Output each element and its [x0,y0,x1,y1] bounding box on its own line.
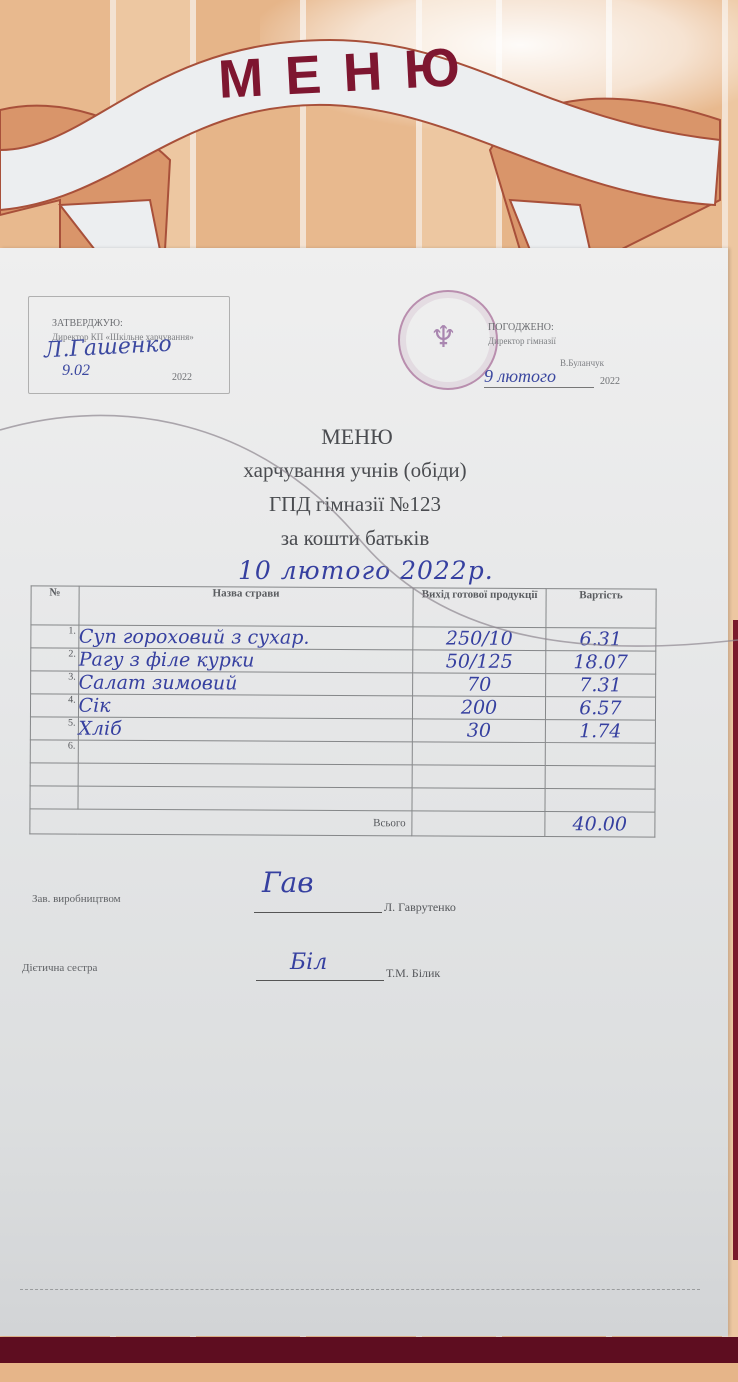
row-number [30,763,78,786]
table-total-row: Всього 40.00 [30,809,655,837]
dish-name [78,763,413,788]
agreement-position: Директор гімназії [488,336,556,346]
dish-name [78,740,413,765]
dish-name [78,786,413,811]
agreement-date: 9 лютого [484,366,594,388]
output-weight [412,742,545,766]
agreement-label: ПОГОДЖЕНО: [488,322,554,333]
approval-year: 2022 [172,372,192,383]
signature-line-2 [256,980,384,981]
background-strip [0,1363,738,1382]
dish-cost: 6.57 [545,697,655,721]
total-value: 40.00 [545,812,655,838]
signature-role-2: Дієтична сестра [22,962,97,974]
row-number [30,786,78,809]
row-number: 6. [30,740,78,763]
dish-name: Хліб [78,717,413,742]
output-weight: 200 [413,696,546,720]
agreement-year: 2022 [600,376,620,387]
dish-cost [545,743,655,767]
output-weight: 30 [413,719,546,743]
signature-role-1: Зав. виробництвом [32,893,121,905]
dish-cost: 1.74 [545,720,655,744]
total-label: Всього [30,809,412,836]
signature-name-2: Т.М. Білик [386,966,440,981]
sheet-fold-line [20,1289,700,1290]
row-number: 4. [30,694,78,717]
signature-line-1 [254,912,382,913]
paper-crease [0,400,738,680]
approval-label: ЗАТВЕРДЖУЮ: [52,318,123,329]
folder-edge [733,620,738,1260]
output-weight [412,788,545,812]
row-number: 5. [30,717,78,740]
table-row: 5.Хліб301.74 [30,717,655,743]
dish-cost [545,789,655,813]
approval-date: 9.02 [62,362,90,380]
signature-mark-2: Біл [290,950,327,975]
table-row: 6. [30,740,655,766]
ribbon-banner [0,0,738,250]
signature-name-1: Л. Гаврутенко [384,900,456,915]
table-row: 4.Сік2006.57 [30,694,655,720]
signature-mark-1: Гав [262,866,314,899]
decorative-stripe [0,1337,738,1363]
total-output-cell [412,811,545,837]
table-row [30,763,655,789]
trident-emblem-icon: ♆ [430,320,457,355]
dish-name: Сік [78,694,413,719]
dish-cost [545,766,655,790]
table-row [30,786,655,812]
output-weight [412,765,545,789]
